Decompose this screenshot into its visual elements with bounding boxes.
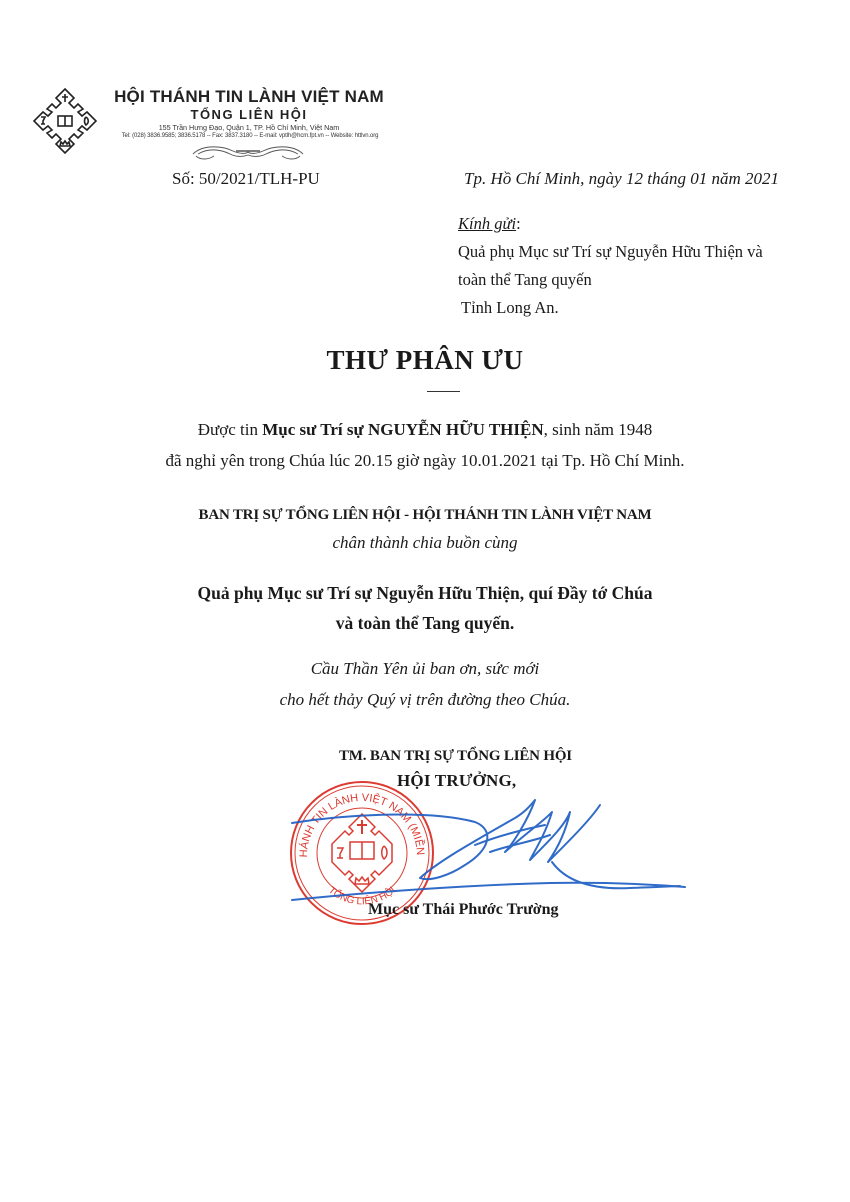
handwritten-signature-icon [290, 790, 690, 910]
condolence-addressee: Quả phụ Mục sư Trí sự Nguyễn Hữu Thiện, … [0, 578, 850, 638]
organization-address: 155 Trần Hưng Đạo, Quận 1, TP. Hồ Chí Mi… [104, 123, 394, 132]
prayer-line-1: Cầu Thần Yên ủi ban ơn, sức mới [0, 653, 850, 684]
signatory-name: Mục sư Thái Phước Trường [368, 901, 559, 919]
announcement-suffix: , sinh năm 1948 [544, 420, 653, 439]
scroll-ornament-icon [188, 142, 308, 162]
title-divider [427, 391, 460, 392]
recipient-line-3: Tỉnh Long An. [458, 294, 763, 322]
sender-organization: BAN TRỊ SỰ TỔNG LIÊN HỘI - HỘI THÁNH TIN… [0, 507, 850, 524]
organization-subname: TỔNG LIÊN HỘI [104, 107, 394, 122]
recipient-block: Kính gửi: Quả phụ Mục sư Trí sự Nguyễn H… [458, 210, 763, 322]
recipient-line-1: Quả phụ Mục sư Trí sự Nguyễn Hữu Thiện v… [458, 238, 763, 266]
prayer-paragraph: Cầu Thần Yên ủi ban ơn, sức mới cho hết … [0, 653, 850, 715]
recipient-label-line: Kính gửi: [458, 210, 763, 238]
announcement-prefix: Được tin [198, 420, 262, 439]
signature-on-behalf: TM. BAN TRỊ SỰ TỔNG LIÊN HỘI [339, 748, 572, 765]
recipient-line-2: toàn thể Tang quyến [458, 266, 763, 294]
addressee-line-1: Quả phụ Mục sư Trí sự Nguyễn Hữu Thiện, … [0, 578, 850, 608]
sympathy-line: chân thành chia buồn cùng [0, 533, 850, 553]
letter-title: THƯ PHÂN ƯU [0, 345, 850, 376]
cross-book-emblem-icon [30, 86, 100, 156]
recipient-label: Kính gửi [458, 214, 516, 233]
announcement-paragraph: Được tin Mục sư Trí sự NGUYỄN HỮU THIỆN,… [0, 414, 850, 476]
deceased-name: Mục sư Trí sự NGUYỄN HỮU THIỆN [262, 420, 543, 439]
announcement-line-1: Được tin Mục sư Trí sự NGUYỄN HỮU THIỆN,… [0, 414, 850, 445]
recipient-label-colon: : [516, 214, 521, 233]
document-reference-number: Số: 50/2021/TLH-PU [172, 169, 320, 189]
prayer-line-2: cho hết thảy Quý vị trên đường theo Chúa… [0, 684, 850, 715]
addressee-line-2: và toàn thể Tang quyến. [0, 608, 850, 638]
announcement-line-2: đã nghỉ yên trong Chúa lúc 20.15 giờ ngà… [0, 445, 850, 476]
document-date: Tp. Hồ Chí Minh, ngày 12 tháng 01 năm 20… [464, 169, 779, 189]
organization-name: HỘI THÁNH TIN LÀNH VIỆT NAM [104, 87, 394, 107]
organization-contact: Tel: (028) 3836.9585; 3836.5178 -- Fax: … [100, 133, 400, 139]
